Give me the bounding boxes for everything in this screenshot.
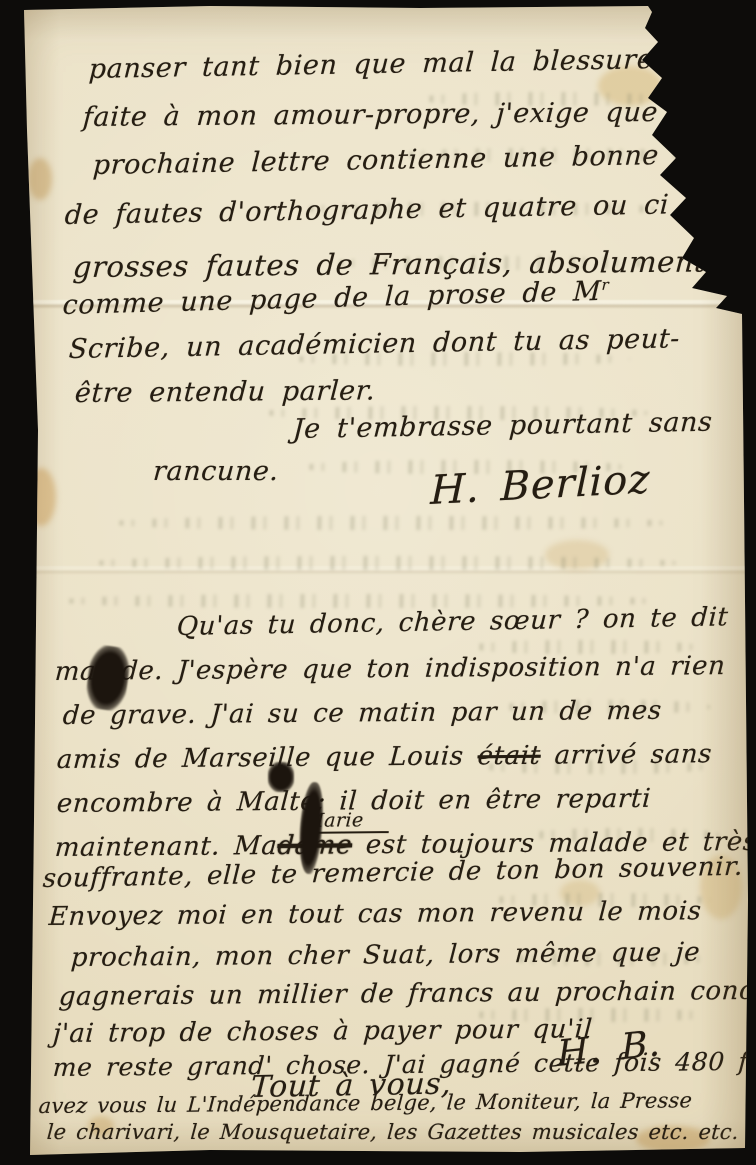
paper-stain bbox=[26, 468, 56, 526]
superscript-r: r bbox=[601, 276, 609, 294]
letter-line: prochaine lettre contienne une bonne dou… bbox=[92, 138, 756, 181]
letter-line: gagnerais un millier de francs au procha… bbox=[58, 976, 756, 1012]
letter-line: rancune. bbox=[152, 456, 280, 487]
paper-stain bbox=[28, 158, 52, 200]
postscript-line: le charivari, le Mousquetaire, les Gazet… bbox=[46, 1120, 740, 1144]
scan-background: { "colors": { "bg_color": "#0d0c0a", "pa… bbox=[0, 0, 756, 1165]
letter-line-text: maintenant. Ma bbox=[54, 831, 278, 863]
letter-line: grosses fautes de Français, absolument bbox=[72, 244, 708, 284]
letter-line-text: arrivé sans bbox=[540, 739, 713, 771]
letter-line: malade. J'espère que ton indisposition n… bbox=[54, 651, 726, 687]
letter-line: prochain, mon cher Suat, lors même que j… bbox=[70, 937, 701, 973]
ink-bleed-ghost-line bbox=[90, 556, 680, 570]
letter-line-text: . J'espère que ton indisposition n'a rie… bbox=[154, 651, 727, 686]
ink-blot bbox=[268, 762, 294, 792]
letter-line: amis de Marseille que Louis était arrivé… bbox=[56, 739, 713, 775]
letter-line: de grave. J'ai su ce matin par un de mes bbox=[62, 696, 663, 731]
letter-paper: panser tant bien que mal la blessure que… bbox=[0, 0, 756, 1165]
ink-bleed-ghost-line bbox=[110, 516, 670, 530]
letter-line: Qu'as tu donc, chère sœur ? on te dit bbox=[176, 602, 729, 642]
letter-line: Je t'embrasse pourtant sans bbox=[292, 407, 713, 445]
letter-line: faite à mon amour-propre, j'exige que ta bbox=[82, 97, 703, 133]
struck-word: était bbox=[477, 741, 542, 772]
postscript-line: avez vous lu L'Indépendance belge, le Mo… bbox=[38, 1088, 693, 1118]
manuscript-scan: panser tant bien que mal la blessure que… bbox=[0, 0, 756, 1165]
letter-line: Envoyez moi en tout cas mon revenu le mo… bbox=[48, 896, 703, 932]
letter-line: être entendu parler. bbox=[74, 375, 376, 409]
letter-line: de fautes d'orthographe et quatre ou ci bbox=[64, 189, 670, 231]
letter-line: j'ai trop de choses à payer pour qu'il bbox=[52, 1014, 594, 1049]
